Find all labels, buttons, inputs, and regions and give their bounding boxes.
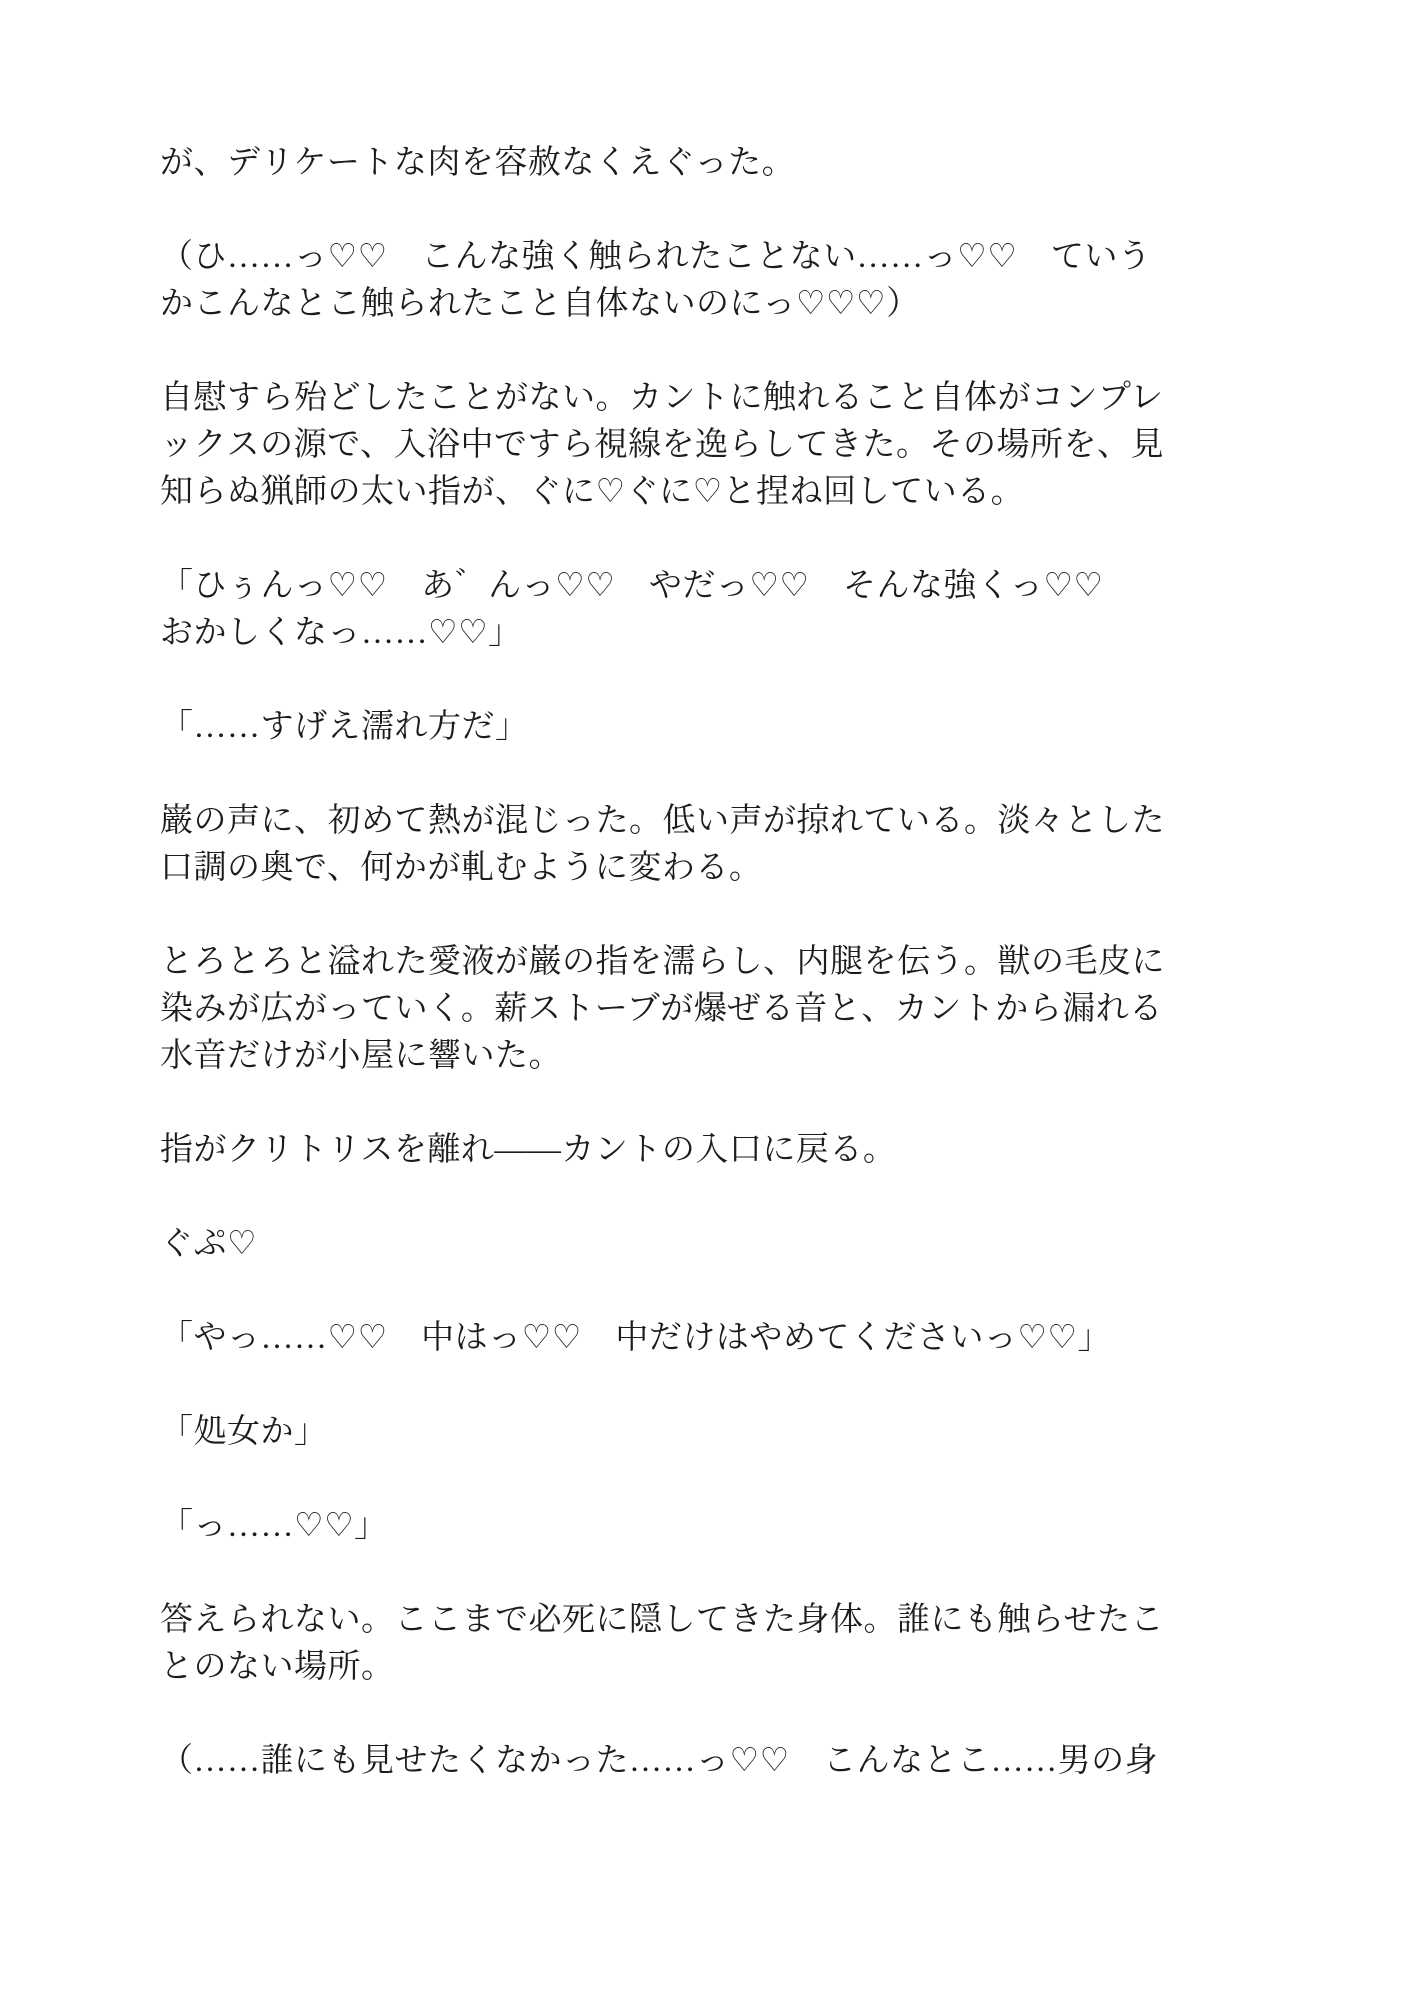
text-line: 口調の奥で、何かが軋むように変わる。 xyxy=(160,845,1190,892)
paragraph-narration: 巌の声に、初めて熱が混じった。低い声が掠れている。淡々とした口調の奥で、何かが軋… xyxy=(160,798,1190,892)
paragraph-narration: とろとろと溢れた愛液が巌の指を濡らし、内腿を伝う。獣の毛皮に染みが広がっていく。… xyxy=(160,939,1190,1080)
text-line: 「っ……♡♡」 xyxy=(160,1503,1190,1550)
text-line: 自慰すら殆どしたことがない。カントに触れること自体がコンプレ xyxy=(160,375,1190,422)
text-line: 水音だけが小屋に響いた。 xyxy=(160,1033,1190,1080)
paragraph-dialogue: 「ひぅんっ♡♡ あ゛んっ♡♡ やだっ♡♡ そんな強くっ♡♡おかしくなっ……♡♡」 xyxy=(160,563,1190,657)
text-line: 答えられない。ここまで必死に隠してきた身体。誰にも触らせたこ xyxy=(160,1597,1190,1644)
paragraph-inner-thought: （ひ……っ♡♡ こんな強く触られたことない……っ♡♡ ていうかこんなとこ触られた… xyxy=(160,234,1190,328)
paragraph-narration: 指がクリトリスを離れ——カントの入口に戻る。 xyxy=(160,1127,1190,1174)
paragraph-dialogue: 「っ……♡♡」 xyxy=(160,1503,1190,1550)
paragraph-narration: が、デリケートな肉を容赦なくえぐった。 xyxy=(160,140,1190,187)
text-line: 「……すげえ濡れ方だ」 xyxy=(160,704,1190,751)
text-line: （……誰にも見せたくなかった……っ♡♡ こんなとこ……男の身 xyxy=(160,1738,1190,1785)
page-content: が、デリケートな肉を容赦なくえぐった。（ひ……っ♡♡ こんな強く触られたことない… xyxy=(160,140,1190,1785)
text-line: 染みが広がっていく。薪ストーブが爆ぜる音と、カントから漏れる xyxy=(160,986,1190,1033)
text-line: 「ひぅんっ♡♡ あ゛んっ♡♡ やだっ♡♡ そんな強くっ♡♡ xyxy=(160,563,1190,610)
text-line: 「処女か」 xyxy=(160,1409,1190,1456)
paragraph-dialogue: 「処女か」 xyxy=(160,1409,1190,1456)
text-line: が、デリケートな肉を容赦なくえぐった。 xyxy=(160,140,1190,187)
text-line: とのない場所。 xyxy=(160,1644,1190,1691)
paragraph-narration: 答えられない。ここまで必死に隠してきた身体。誰にも触らせたことのない場所。 xyxy=(160,1597,1190,1691)
paragraph-dialogue: 「……すげえ濡れ方だ」 xyxy=(160,704,1190,751)
text-line: 指がクリトリスを離れ——カントの入口に戻る。 xyxy=(160,1127,1190,1174)
text-line: 「やっ……♡♡ 中はっ♡♡ 中だけはやめてくださいっ♡♡」 xyxy=(160,1315,1190,1362)
document-page: が、デリケートな肉を容赦なくえぐった。（ひ……っ♡♡ こんな強く触られたことない… xyxy=(0,0,1415,2000)
paragraph-inner-thought: （……誰にも見せたくなかった……っ♡♡ こんなとこ……男の身 xyxy=(160,1738,1190,1785)
text-line: 知らぬ猟師の太い指が、ぐに♡ぐに♡と捏ね回している。 xyxy=(160,469,1190,516)
text-line: （ひ……っ♡♡ こんな強く触られたことない……っ♡♡ ていう xyxy=(160,234,1190,281)
text-line: ックスの源で、入浴中ですら視線を逸らしてきた。その場所を、見 xyxy=(160,422,1190,469)
text-line: ぐぷ♡ xyxy=(160,1221,1190,1268)
text-line: 巌の声に、初めて熱が混じった。低い声が掠れている。淡々とした xyxy=(160,798,1190,845)
paragraph-narration: 自慰すら殆どしたことがない。カントに触れること自体がコンプレックスの源で、入浴中… xyxy=(160,375,1190,516)
text-line: おかしくなっ……♡♡」 xyxy=(160,610,1190,657)
paragraph-sound-effect: ぐぷ♡ xyxy=(160,1221,1190,1268)
text-line: とろとろと溢れた愛液が巌の指を濡らし、内腿を伝う。獣の毛皮に xyxy=(160,939,1190,986)
paragraph-dialogue: 「やっ……♡♡ 中はっ♡♡ 中だけはやめてくださいっ♡♡」 xyxy=(160,1315,1190,1362)
text-line: かこんなとこ触られたこと自体ないのにっ♡♡♡） xyxy=(160,281,1190,328)
